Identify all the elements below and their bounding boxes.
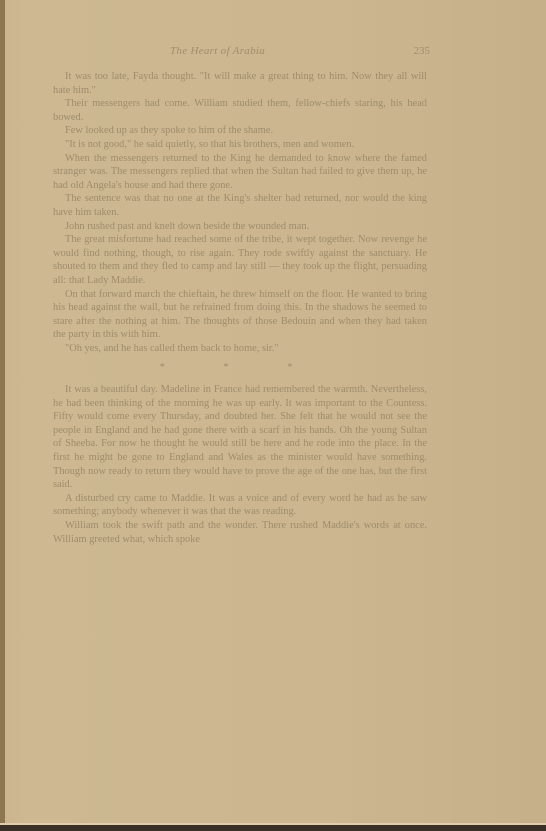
book-page: The Heart of Arabia 235 It was too late,… <box>0 0 546 831</box>
paragraph: The sentence was that no one at the King… <box>53 192 427 219</box>
page-bottom-edge <box>0 825 546 831</box>
page-number: 235 <box>414 45 431 57</box>
page-body: It was too late, Fayda thought. "It will… <box>53 70 427 546</box>
paragraph: "It is not good," he said quietly, so th… <box>53 138 427 152</box>
paragraph: John rushed past and knelt down beside t… <box>53 220 427 234</box>
paragraph: Their messengers had come. William studi… <box>53 97 427 124</box>
paragraph: The great misfortune had reached some of… <box>53 233 427 287</box>
paragraph: William took the swift path and the wond… <box>53 519 427 546</box>
section-separator: * * * <box>53 361 427 375</box>
paragraph: "Oh yes, and he has called them back to … <box>53 342 427 356</box>
paragraph: It was a beautiful day. Madeline in Fran… <box>53 383 427 492</box>
running-header: The Heart of Arabia 235 <box>60 45 430 63</box>
paragraph: On that forward march the chieftain, he … <box>53 288 427 342</box>
paragraph: A disturbed cry came to Maddie. It was a… <box>53 492 427 519</box>
paragraph: When the messengers returned to the King… <box>53 152 427 193</box>
book-spine-edge <box>0 0 5 831</box>
paragraph: Few looked up as they spoke to him of th… <box>53 124 427 138</box>
running-title: The Heart of Arabia <box>170 45 265 57</box>
paragraph: It was too late, Fayda thought. "It will… <box>53 70 427 97</box>
